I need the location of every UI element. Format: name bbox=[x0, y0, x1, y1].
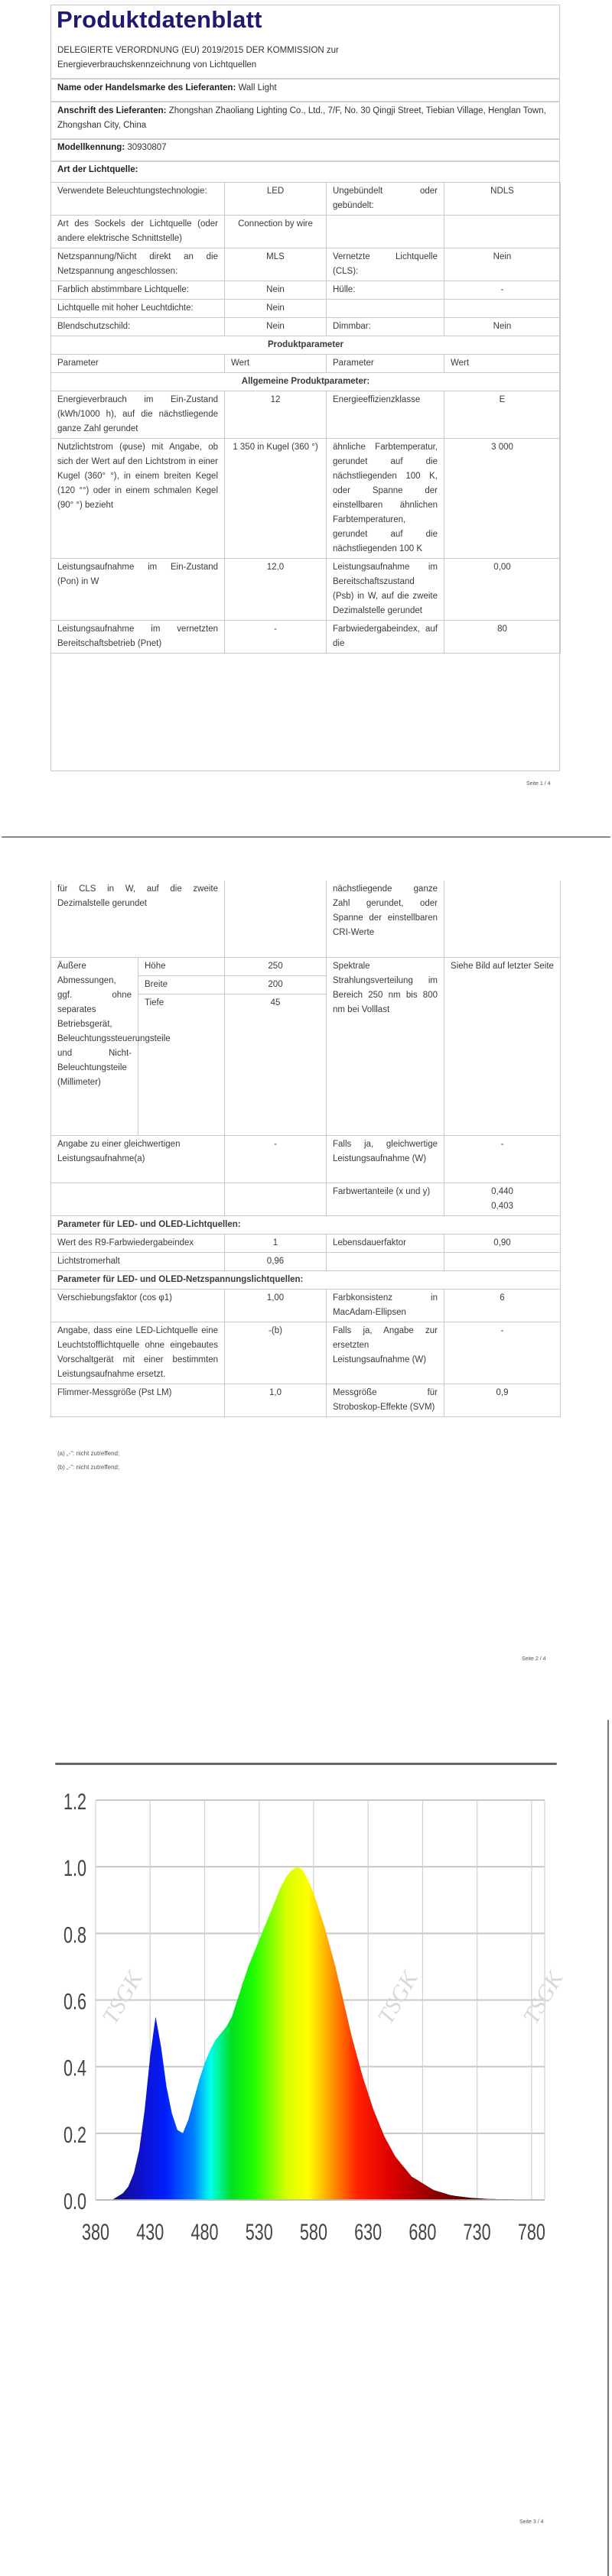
dimensions-label: Äußere Abmessungen, ggf. ohne separates … bbox=[51, 957, 138, 1135]
param-name: Angabe, dass eine LED-Lichtquelle eine L… bbox=[51, 1322, 225, 1384]
product-table-page2: für CLS in W, auf die zweite Dezimalstel… bbox=[50, 881, 561, 1417]
param-value: Nein bbox=[225, 300, 327, 318]
param-name: Falls ja, gleichwertige Leistungsaufnahm… bbox=[327, 1135, 444, 1183]
param-value: MLS bbox=[225, 248, 327, 281]
param-value: - bbox=[444, 1322, 561, 1384]
param-name: Nutzlichtstrom (φuse) mit Angabe, ob sic… bbox=[51, 439, 225, 559]
param-name: Lichtquelle mit hoher Leuchtdichte: bbox=[51, 300, 225, 318]
param-name: Messgröße für Stroboskop-Effekte (SVM) bbox=[327, 1384, 444, 1416]
svg-text:0.6: 0.6 bbox=[63, 1988, 86, 2014]
param-value: 1 bbox=[225, 1234, 327, 1252]
dimensions-row: Äußere Abmessungen, ggf. ohne separates … bbox=[51, 957, 561, 975]
param-value: Nein bbox=[225, 318, 327, 336]
model-id: Modellkennung: 30930807 bbox=[57, 141, 547, 155]
table-row: Farbwertanteile (x und y) 0,440 0,403 bbox=[51, 1183, 561, 1215]
param-value: 0,00 bbox=[444, 559, 561, 621]
param-name bbox=[327, 300, 444, 318]
spectral-distribution-chart: 0.00.20.40.60.81.01.23804304805305806306… bbox=[0, 1781, 581, 2270]
param-value bbox=[444, 881, 561, 957]
param-value: E bbox=[444, 391, 561, 439]
table-row: Wert des R9-Farbwiedergabeindex1Lebensda… bbox=[51, 1234, 561, 1252]
param-value bbox=[225, 1183, 327, 1215]
table-row: Lichtstromerhalt0,96 bbox=[51, 1252, 561, 1270]
svg-text:1.2: 1.2 bbox=[63, 1788, 86, 1814]
param-name bbox=[51, 1183, 225, 1215]
param-value: 6 bbox=[444, 1289, 561, 1322]
svg-text:1.0: 1.0 bbox=[63, 1855, 86, 1881]
svg-text:530: 530 bbox=[246, 2218, 273, 2244]
dimension-value: 45 bbox=[225, 994, 327, 1135]
param-value: 1 350 in Kugel (360 °) bbox=[225, 439, 327, 559]
table-row: Verschiebungsfaktor (cos φ1)1,00Farbkons… bbox=[51, 1289, 561, 1322]
table-row: Angabe zu einer gleichwertigen Leistungs… bbox=[51, 1135, 561, 1183]
svg-text:TSGK: TSGK bbox=[97, 1966, 148, 2029]
mains-params-heading: Parameter für LED- und OLED-Netzspannung… bbox=[51, 1270, 561, 1289]
param-value: Nein bbox=[225, 281, 327, 300]
param-name: Farbwiedergabeindex, auf die bbox=[327, 621, 444, 654]
page-number: Seite 2 / 4 bbox=[522, 1656, 546, 1662]
table-row: Energieverbrauch im Ein-Zustand (kWh/100… bbox=[51, 391, 561, 439]
param-name: Angabe zu einer gleichwertigen Leistungs… bbox=[51, 1135, 225, 1183]
table-row: Nutzlichtstrom (φuse) mit Angabe, ob sic… bbox=[51, 439, 561, 559]
footnote-b: (b) „-“: nicht zutreffend; bbox=[57, 1464, 119, 1471]
col-header: Wert bbox=[225, 355, 327, 373]
param-name: Leistungsaufnahme im Bereitschaftszustan… bbox=[327, 559, 444, 621]
page-number: Seite 3 / 4 bbox=[519, 2519, 544, 2525]
table-row: Angabe, dass eine LED-Lichtquelle eine L… bbox=[51, 1322, 561, 1384]
table-row: Flimmer-Messgröße (Pst LM)1,0Messgröße f… bbox=[51, 1384, 561, 1416]
supplier-address-label: Anschrift des Lieferanten: bbox=[57, 106, 167, 115]
page-separator bbox=[55, 1763, 557, 1765]
table-row: Leistungsaufnahme im Ein-Zustand (Pon) i… bbox=[51, 559, 561, 621]
svg-text:0.2: 0.2 bbox=[63, 2121, 86, 2147]
col-header: Parameter bbox=[51, 355, 225, 373]
table-row: für CLS in W, auf die zweite Dezimalstel… bbox=[51, 881, 561, 957]
param-name: Hülle: bbox=[327, 281, 444, 300]
page-separator bbox=[2, 836, 610, 838]
divider bbox=[50, 101, 560, 102]
param-name: Farblich abstimmbare Lichtquelle: bbox=[51, 281, 225, 300]
param-value bbox=[225, 881, 327, 957]
chromaticity-y: 0,403 bbox=[451, 1199, 554, 1214]
param-value: 0,90 bbox=[444, 1234, 561, 1252]
model-value: 30930807 bbox=[127, 143, 166, 152]
param-value bbox=[444, 216, 561, 248]
divider bbox=[50, 78, 560, 79]
param-value: 0,96 bbox=[225, 1252, 327, 1270]
param-value: - bbox=[444, 1135, 561, 1183]
spectral-value: Siehe Bild auf letzter Seite bbox=[444, 957, 561, 1135]
svg-text:TSGK: TSGK bbox=[518, 1966, 568, 2029]
svg-text:730: 730 bbox=[464, 2218, 491, 2244]
param-value bbox=[444, 300, 561, 318]
svg-text:TSGK: TSGK bbox=[373, 1966, 423, 2029]
param-name: Lebensdauerfaktor bbox=[327, 1234, 444, 1252]
param-value: Nein bbox=[444, 248, 561, 281]
svg-text:680: 680 bbox=[409, 2218, 436, 2244]
page-edge bbox=[607, 1720, 609, 2576]
dimension-value: 200 bbox=[225, 975, 327, 994]
param-name: Ungebündelt oder gebündelt: bbox=[327, 183, 444, 216]
product-params-heading: Produktparameter bbox=[51, 336, 561, 355]
param-value: -(b) bbox=[225, 1322, 327, 1384]
param-name: Blendschutzschild: bbox=[51, 318, 225, 336]
param-name: Dimmbar: bbox=[327, 318, 444, 336]
regulation-line-2: Energieverbrauchskennzeichnung von Licht… bbox=[57, 58, 547, 73]
param-name: Energieeffizienzklasse bbox=[327, 391, 444, 439]
param-value: Connection by wire bbox=[225, 216, 327, 248]
param-value: - bbox=[225, 621, 327, 654]
param-name: für CLS in W, auf die zweite Dezimalstel… bbox=[51, 881, 225, 957]
param-name bbox=[327, 1252, 444, 1270]
svg-text:480: 480 bbox=[190, 2218, 218, 2244]
divider bbox=[50, 138, 560, 140]
param-name: nächstliegende ganze Zahl gerundet, oder… bbox=[327, 881, 444, 957]
light-source-heading-text: Art der Lichtquelle: bbox=[57, 165, 138, 174]
supplier-name: Name oder Handelsmarke des Lieferanten: … bbox=[57, 81, 547, 96]
svg-text:380: 380 bbox=[82, 2218, 109, 2244]
table-row: Verwendete Beleuchtungstechnologie:LEDUn… bbox=[51, 183, 561, 216]
param-value: Nein bbox=[444, 318, 561, 336]
table-row: Netzspannung/Nicht direkt an die Netzspa… bbox=[51, 248, 561, 281]
page-number: Seite 1 / 4 bbox=[526, 781, 551, 787]
param-value: 3 000 bbox=[444, 439, 561, 559]
param-name: Leistungsaufnahme im Ein-Zustand (Pon) i… bbox=[51, 559, 225, 621]
svg-text:630: 630 bbox=[354, 2218, 382, 2244]
param-name: Flimmer-Messgröße (Pst LM) bbox=[51, 1384, 225, 1416]
table-row: Art des Sockels der Lichtquelle (oder an… bbox=[51, 216, 561, 248]
param-value: 0,9 bbox=[444, 1384, 561, 1416]
dimension-name: Höhe bbox=[138, 957, 225, 975]
param-name: Falls ja, Angabe zur ersetzten Leistungs… bbox=[327, 1322, 444, 1384]
dimension-name: Tiefe bbox=[138, 994, 225, 1135]
param-value: 12 bbox=[225, 391, 327, 439]
svg-text:580: 580 bbox=[300, 2218, 327, 2244]
svg-text:780: 780 bbox=[518, 2218, 545, 2244]
param-name: Farbwertanteile (x und y) bbox=[327, 1183, 444, 1215]
general-params-heading: Allgemeine Produktparameter: bbox=[51, 373, 561, 391]
param-name: Lichtstromerhalt bbox=[51, 1252, 225, 1270]
table-row: Farblich abstimmbare Lichtquelle:NeinHül… bbox=[51, 281, 561, 300]
param-value: 1,0 bbox=[225, 1384, 327, 1416]
regulation-line-1: DELEGIERTE VERORDNUNG (EU) 2019/2015 DER… bbox=[57, 44, 547, 58]
param-name: Wert des R9-Farbwiedergabeindex bbox=[51, 1234, 225, 1252]
param-name: Verwendete Beleuchtungstechnologie: bbox=[51, 183, 225, 216]
product-table-page1: Verwendete Beleuchtungstechnologie:LEDUn… bbox=[50, 182, 561, 654]
regulation-text: DELEGIERTE VERORDNUNG (EU) 2019/2015 DER… bbox=[57, 44, 547, 73]
svg-text:0.4: 0.4 bbox=[63, 2055, 86, 2081]
table-row: Leistungsaufnahme im vernetzten Bereitsc… bbox=[51, 621, 561, 654]
divider bbox=[50, 161, 560, 162]
param-value: - bbox=[444, 281, 561, 300]
light-source-heading: Art der Lichtquelle: bbox=[57, 163, 138, 177]
supplier-name-label: Name oder Handelsmarke des Lieferanten: bbox=[57, 83, 236, 92]
col-header: Wert bbox=[444, 355, 561, 373]
table-row: Blendschutzschild:NeinDimmbar:Nein bbox=[51, 318, 561, 336]
spectral-label: Spektrale Strahlungsverteilung im Bereic… bbox=[327, 957, 444, 1135]
param-name: Energieverbrauch im Ein-Zustand (kWh/100… bbox=[51, 391, 225, 439]
param-name: Vernetzte Lichtquelle (CLS): bbox=[327, 248, 444, 281]
dimension-name: Breite bbox=[138, 975, 225, 994]
led-params-heading: Parameter für LED- und OLED-Lichtquellen… bbox=[51, 1215, 561, 1234]
chromaticity-x: 0,440 bbox=[451, 1185, 554, 1199]
param-name: Verschiebungsfaktor (cos φ1) bbox=[51, 1289, 225, 1322]
param-value: - bbox=[225, 1135, 327, 1183]
param-value: 80 bbox=[444, 621, 561, 654]
param-name: Netzspannung/Nicht direkt an die Netzspa… bbox=[51, 248, 225, 281]
col-header: Parameter bbox=[327, 355, 444, 373]
param-name: Art des Sockels der Lichtquelle (oder an… bbox=[51, 216, 225, 248]
param-name: Leistungsaufnahme im vernetzten Bereitsc… bbox=[51, 621, 225, 654]
column-header-row: Parameter Wert Parameter Wert bbox=[51, 355, 561, 373]
footnote-a: (a) „-“: nicht zutreffend; bbox=[57, 1450, 119, 1457]
param-name bbox=[327, 216, 444, 248]
supplier-address: Anschrift des Lieferanten: Zhongshan Zha… bbox=[57, 104, 551, 133]
param-value: LED bbox=[225, 183, 327, 216]
dimension-value: 250 bbox=[225, 957, 327, 975]
model-label: Modellkennung: bbox=[57, 143, 125, 152]
supplier-name-value: Wall Light bbox=[238, 83, 276, 92]
page-title: Produktdatenblatt bbox=[57, 6, 262, 34]
param-name: Farbkonsistenz in MacAdam-Ellipsen bbox=[327, 1289, 444, 1322]
svg-text:0.8: 0.8 bbox=[63, 1922, 86, 1948]
param-value: 12,0 bbox=[225, 559, 327, 621]
param-value bbox=[444, 1252, 561, 1270]
param-name: ähnliche Farbtemperatur, gerundet auf di… bbox=[327, 439, 444, 559]
param-value: 1,00 bbox=[225, 1289, 327, 1322]
table-row: Lichtquelle mit hoher Leuchtdichte:Nein bbox=[51, 300, 561, 318]
param-value: 0,440 0,403 bbox=[444, 1183, 561, 1215]
svg-text:0.0: 0.0 bbox=[63, 2188, 86, 2214]
param-value: NDLS bbox=[444, 183, 561, 216]
svg-text:430: 430 bbox=[136, 2218, 164, 2244]
